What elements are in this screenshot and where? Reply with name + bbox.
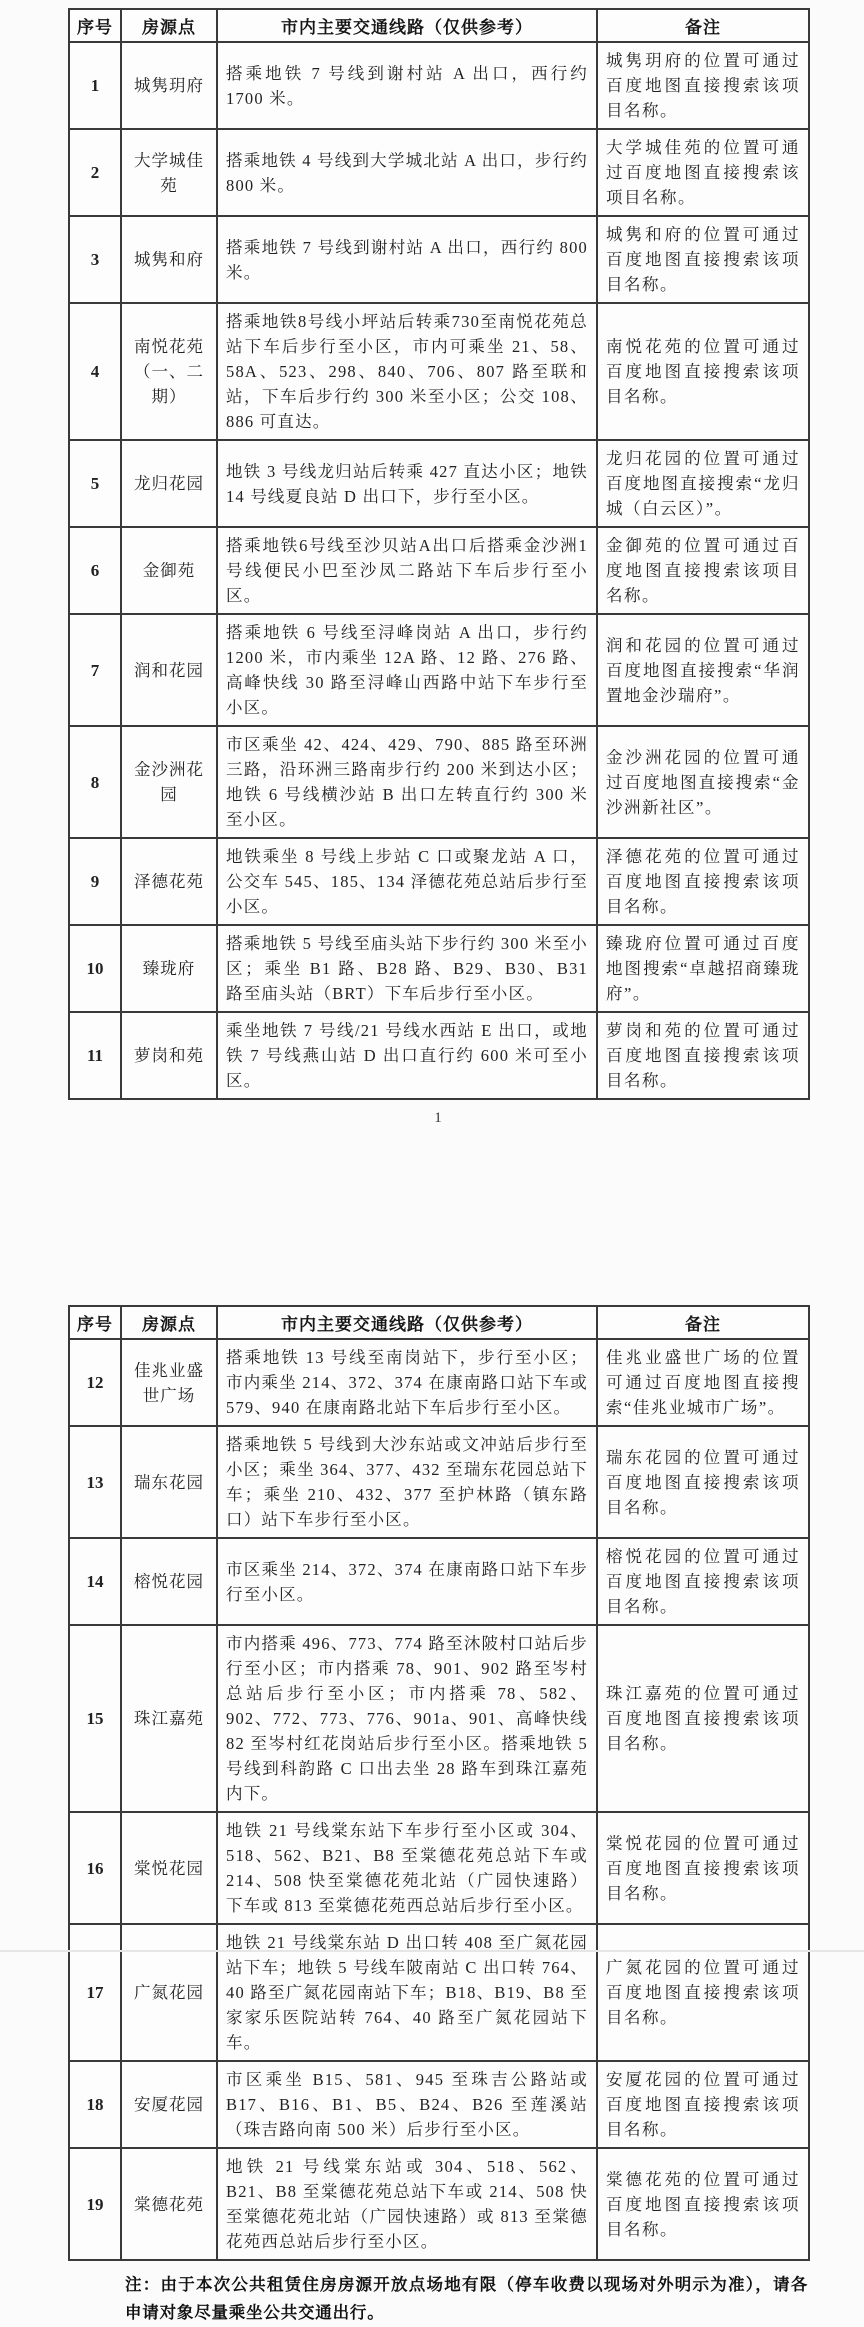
table-row: 11萝岗和苑乘坐地铁 7 号线/21 号线水西站 E 出口，或地铁 7 号线燕山… bbox=[69, 1012, 809, 1099]
row-remark-cell: 棠悦花园的位置可通过百度地图直接搜索该项目名称。 bbox=[597, 1812, 809, 1924]
header-remark: 备注 bbox=[597, 1306, 809, 1339]
row-transit-cell: 搭乘地铁6号线至沙贝站A出口后搭乘金沙洲1号线便民小巴至沙凤二路站下车后步行至小… bbox=[217, 527, 597, 614]
row-seq-cell: 5 bbox=[69, 440, 121, 527]
row-seq-cell: 8 bbox=[69, 726, 121, 838]
row-seq-cell: 2 bbox=[69, 129, 121, 216]
header-row: 序号 房源点 市内主要交通线路（仅供参考） 备注 bbox=[69, 9, 809, 42]
row-location-cell: 安厦花园 bbox=[121, 2061, 217, 2148]
row-remark-cell: 佳兆业盛世广场的位置可通过百度地图直接搜索“佳兆业城市广场”。 bbox=[597, 1339, 809, 1426]
row-remark-cell: 城隽和府的位置可通过百度地图直接搜索该项目名称。 bbox=[597, 216, 809, 303]
row-location-cell: 城隽玥府 bbox=[121, 42, 217, 129]
table1-header: 序号 房源点 市内主要交通线路（仅供参考） 备注 bbox=[69, 9, 809, 42]
row-transit-cell: 搭乘地铁8号线小坪站后转乘730至南悦花苑总站下车后步行至小区，市内可乘坐 21… bbox=[217, 303, 597, 440]
table1-body: 1城隽玥府搭乘地铁 7 号线到谢村站 A 出口，西行约 1700 米。城隽玥府的… bbox=[69, 42, 809, 1099]
row-transit-cell: 搭乘地铁 13 号线至南岗站下，步行至小区；市内乘坐 214、372、374 在… bbox=[217, 1339, 597, 1426]
row-remark-cell: 大学城佳苑的位置可通过百度地图直接搜索该项目名称。 bbox=[597, 129, 809, 216]
table-row: 12佳兆业盛世广场搭乘地铁 13 号线至南岗站下，步行至小区；市内乘坐 214、… bbox=[69, 1339, 809, 1426]
table-row: 15珠江嘉苑市内搭乘 496、773、774 路至沐陂村口站后步行至小区；市内搭… bbox=[69, 1625, 809, 1812]
row-seq-cell: 12 bbox=[69, 1339, 121, 1426]
row-location-cell: 广氮花园 bbox=[121, 1924, 217, 2061]
row-transit-cell: 搭乘地铁 7 号线到谢村站 A 出口，西行约 1700 米。 bbox=[217, 42, 597, 129]
table-row: 3城隽和府搭乘地铁 7 号线到谢村站 A 出口，西行约 800 米。城隽和府的位… bbox=[69, 216, 809, 303]
row-location-cell: 金御苑 bbox=[121, 527, 217, 614]
table-row: 1城隽玥府搭乘地铁 7 号线到谢村站 A 出口，西行约 1700 米。城隽玥府的… bbox=[69, 42, 809, 129]
header-transit: 市内主要交通线路（仅供参考） bbox=[217, 9, 597, 42]
row-location-cell: 萝岗和苑 bbox=[121, 1012, 217, 1099]
row-transit-cell: 地铁乘坐 8 号线上步站 C 口或聚龙站 A 口，公交车 545、185、134… bbox=[217, 838, 597, 925]
row-transit-cell: 乘坐地铁 7 号线/21 号线水西站 E 出口，或地铁 7 号线燕山站 D 出口… bbox=[217, 1012, 597, 1099]
row-location-cell: 珠江嘉苑 bbox=[121, 1625, 217, 1812]
row-remark-cell: 润和花园的位置可通过百度地图直接搜索“华润置地金沙瑞府”。 bbox=[597, 614, 809, 726]
row-transit-cell: 搭乘地铁 7 号线到谢村站 A 出口，西行约 800 米。 bbox=[217, 216, 597, 303]
table2-header: 序号 房源点 市内主要交通线路（仅供参考） 备注 bbox=[69, 1306, 809, 1339]
row-remark-cell: 珠江嘉苑的位置可通过百度地图直接搜索该项目名称。 bbox=[597, 1625, 809, 1812]
table-row: 18安厦花园市区乘坐 B15、581、945 至珠吉公路站或 B17、B16、B… bbox=[69, 2061, 809, 2148]
row-transit-cell: 市区乘坐 42、424、429、790、885 路至环洲三路，沿环洲三路南步行约… bbox=[217, 726, 597, 838]
row-transit-cell: 地铁 21 号线棠东站或 304、518、562、B21、B8 至棠德花苑总站下… bbox=[217, 2148, 597, 2260]
table2-body: 12佳兆业盛世广场搭乘地铁 13 号线至南岗站下，步行至小区；市内乘坐 214、… bbox=[69, 1339, 809, 2260]
row-transit-cell: 地铁 3 号线龙归站后转乘 427 直达小区；地铁 14 号线夏良站 D 出口下… bbox=[217, 440, 597, 527]
row-seq-cell: 14 bbox=[69, 1538, 121, 1625]
row-seq-cell: 7 bbox=[69, 614, 121, 726]
row-location-cell: 泽德花苑 bbox=[121, 838, 217, 925]
row-seq-cell: 11 bbox=[69, 1012, 121, 1099]
table-row: 2大学城佳苑搭乘地铁 4 号线到大学城北站 A 出口，步行约 800 米。大学城… bbox=[69, 129, 809, 216]
table-row: 9泽德花苑地铁乘坐 8 号线上步站 C 口或聚龙站 A 口，公交车 545、18… bbox=[69, 838, 809, 925]
row-location-cell: 榕悦花园 bbox=[121, 1538, 217, 1625]
table-row: 4南悦花苑（一、二期）搭乘地铁8号线小坪站后转乘730至南悦花苑总站下车后步行至… bbox=[69, 303, 809, 440]
row-seq-cell: 19 bbox=[69, 2148, 121, 2260]
table-row: 13瑞东花园搭乘地铁 5 号线到大沙东站或文冲站后步行至小区；乘坐 364、37… bbox=[69, 1426, 809, 1538]
row-seq-cell: 15 bbox=[69, 1625, 121, 1812]
document-page: 序号 房源点 市内主要交通线路（仅供参考） 备注 1城隽玥府搭乘地铁 7 号线到… bbox=[0, 0, 864, 2327]
row-location-cell: 棠德花苑 bbox=[121, 2148, 217, 2260]
row-remark-cell: 瑞东花园的位置可通过百度地图直接搜索该项目名称。 bbox=[597, 1426, 809, 1538]
row-remark-cell: 萝岗和苑的位置可通过百度地图直接搜索该项目名称。 bbox=[597, 1012, 809, 1099]
header-seq: 序号 bbox=[69, 9, 121, 42]
table-row: 5龙归花园地铁 3 号线龙归站后转乘 427 直达小区；地铁 14 号线夏良站 … bbox=[69, 440, 809, 527]
row-transit-cell: 市区乘坐 B15、581、945 至珠吉公路站或 B17、B16、B1、B5、B… bbox=[217, 2061, 597, 2148]
row-location-cell: 南悦花苑（一、二期） bbox=[121, 303, 217, 440]
row-remark-cell: 臻珑府位置可通过百度地图搜索“卓越招商臻珑府”。 bbox=[597, 925, 809, 1012]
table-row: 14榕悦花园市区乘坐 214、372、374 在康南路口站下车步行至小区。榕悦花… bbox=[69, 1538, 809, 1625]
row-seq-cell: 6 bbox=[69, 527, 121, 614]
row-location-cell: 臻珑府 bbox=[121, 925, 217, 1012]
row-location-cell: 棠悦花园 bbox=[121, 1812, 217, 1924]
table-row: 10臻珑府搭乘地铁 5 号线至庙头站下步行约 300 米至小区；乘坐 B1 路、… bbox=[69, 925, 809, 1012]
row-transit-cell: 地铁 21 号线棠东站 D 出口转 408 至广氮花园站下车；地铁 5 号线车陂… bbox=[217, 1924, 597, 2061]
header-transit: 市内主要交通线路（仅供参考） bbox=[217, 1306, 597, 1339]
housing-transit-table-page2: 序号 房源点 市内主要交通线路（仅供参考） 备注 12佳兆业盛世广场搭乘地铁 1… bbox=[68, 1305, 810, 2261]
row-remark-cell: 安厦花园的位置可通过百度地图直接搜索该项目名称。 bbox=[597, 2061, 809, 2148]
row-transit-cell: 搭乘地铁 5 号线至庙头站下步行约 300 米至小区；乘坐 B1 路、B28 路… bbox=[217, 925, 597, 1012]
row-location-cell: 龙归花园 bbox=[121, 440, 217, 527]
row-remark-cell: 城隽玥府的位置可通过百度地图直接搜索该项目名称。 bbox=[597, 42, 809, 129]
row-remark-cell: 榕悦花园的位置可通过百度地图直接搜索该项目名称。 bbox=[597, 1538, 809, 1625]
row-location-cell: 润和花园 bbox=[121, 614, 217, 726]
table-row: 16棠悦花园地铁 21 号线棠东站下车步行至小区或 304、518、562、B2… bbox=[69, 1812, 809, 1924]
header-location: 房源点 bbox=[121, 9, 217, 42]
row-remark-cell: 广氮花园的位置可通过百度地图直接搜索该项目名称。 bbox=[597, 1924, 809, 2061]
header-seq: 序号 bbox=[69, 1306, 121, 1339]
header-row: 序号 房源点 市内主要交通线路（仅供参考） 备注 bbox=[69, 1306, 809, 1339]
row-seq-cell: 3 bbox=[69, 216, 121, 303]
row-transit-cell: 市区乘坐 214、372、374 在康南路口站下车步行至小区。 bbox=[217, 1538, 597, 1625]
row-location-cell: 瑞东花园 bbox=[121, 1426, 217, 1538]
row-remark-cell: 龙归花园的位置可通过百度地图直接搜索“龙归城（白云区）”。 bbox=[597, 440, 809, 527]
row-transit-cell: 搭乘地铁 6 号线至浔峰岗站 A 出口，步行约 1200 米，市内乘坐 12A … bbox=[217, 614, 597, 726]
row-location-cell: 大学城佳苑 bbox=[121, 129, 217, 216]
table-row: 6金御苑搭乘地铁6号线至沙贝站A出口后搭乘金沙洲1号线便民小巴至沙凤二路站下车后… bbox=[69, 527, 809, 614]
table-row: 7润和花园搭乘地铁 6 号线至浔峰岗站 A 出口，步行约 1200 米，市内乘坐… bbox=[69, 614, 809, 726]
footer-note: 注：由于本次公共租赁住房房源开放点场地有限（停车收费以现场对外明示为准），请各申… bbox=[125, 2271, 808, 2327]
table-row: 19棠德花苑地铁 21 号线棠东站或 304、518、562、B21、B8 至棠… bbox=[69, 2148, 809, 2260]
page-number: 1 bbox=[68, 1110, 808, 1127]
row-transit-cell: 搭乘地铁 4 号线到大学城北站 A 出口，步行约 800 米。 bbox=[217, 129, 597, 216]
row-location-cell: 城隽和府 bbox=[121, 216, 217, 303]
table-row: 17广氮花园地铁 21 号线棠东站 D 出口转 408 至广氮花园站下车；地铁 … bbox=[69, 1924, 809, 2061]
row-seq-cell: 4 bbox=[69, 303, 121, 440]
header-remark: 备注 bbox=[597, 9, 809, 42]
header-location: 房源点 bbox=[121, 1306, 217, 1339]
housing-transit-table-page1: 序号 房源点 市内主要交通线路（仅供参考） 备注 1城隽玥府搭乘地铁 7 号线到… bbox=[68, 8, 810, 1100]
row-seq-cell: 13 bbox=[69, 1426, 121, 1538]
row-seq-cell: 18 bbox=[69, 2061, 121, 2148]
row-location-cell: 金沙洲花园 bbox=[121, 726, 217, 838]
row-remark-cell: 金御苑的位置可通过百度地图直接搜索该项目名称。 bbox=[597, 527, 809, 614]
row-remark-cell: 南悦花苑的位置可通过百度地图直接搜索该项目名称。 bbox=[597, 303, 809, 440]
row-location-cell: 佳兆业盛世广场 bbox=[121, 1339, 217, 1426]
row-transit-cell: 地铁 21 号线棠东站下车步行至小区或 304、518、562、B21、B8 至… bbox=[217, 1812, 597, 1924]
row-transit-cell: 搭乘地铁 5 号线到大沙东站或文冲站后步行至小区；乘坐 364、377、432 … bbox=[217, 1426, 597, 1538]
row-seq-cell: 9 bbox=[69, 838, 121, 925]
table-row: 8金沙洲花园市区乘坐 42、424、429、790、885 路至环洲三路，沿环洲… bbox=[69, 726, 809, 838]
row-transit-cell: 市内搭乘 496、773、774 路至沐陂村口站后步行至小区；市内搭乘 78、9… bbox=[217, 1625, 597, 1812]
row-remark-cell: 棠德花苑的位置可通过百度地图直接搜索该项目名称。 bbox=[597, 2148, 809, 2260]
page-bottom-edge bbox=[0, 1950, 864, 1952]
row-seq-cell: 1 bbox=[69, 42, 121, 129]
row-seq-cell: 17 bbox=[69, 1924, 121, 2061]
page-break-gap bbox=[68, 1127, 808, 1305]
row-seq-cell: 16 bbox=[69, 1812, 121, 1924]
row-seq-cell: 10 bbox=[69, 925, 121, 1012]
row-remark-cell: 金沙洲花园的位置可通过百度地图直接搜索“金沙洲新社区”。 bbox=[597, 726, 809, 838]
row-remark-cell: 泽德花苑的位置可通过百度地图直接搜索该项目名称。 bbox=[597, 838, 809, 925]
